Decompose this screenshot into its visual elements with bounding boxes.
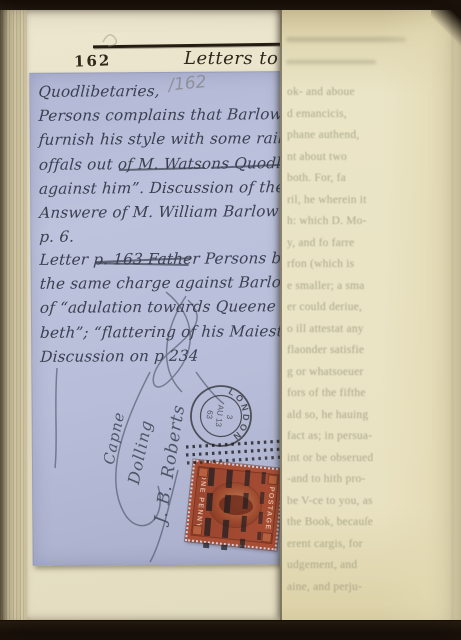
handwritten-line: the same charge against Barlow [39,270,285,296]
ghost-text-line: o ill attestat any [287,319,452,341]
ghost-text-line: y, and fo farre [287,233,452,255]
note-paragraph-1: Quodlibetaries,Persons complains that Ba… [38,78,283,249]
ghost-text-line: er could deriue, [287,297,452,319]
handwritten-line: Discussion on p 234 [40,343,286,369]
stamp-frame: POSTAGE ONE PENNY [191,466,280,544]
page-number: 162 [74,51,112,70]
ghost-text-line: ald so, he hauing [287,405,452,427]
handwritten-line: beth”; “flattering of his Maiesty.” [39,319,285,345]
handwritten-line: against him”. Discussion of the [38,175,284,201]
ghost-text-line: h: which D. Mo- [287,211,452,233]
ghost-text-line: int or be obserued [287,448,452,470]
ghost-text-line: udgement, and [287,555,452,577]
book-cover-edge-top [0,0,461,10]
handwritten-line: offals out of M. Watsons Quodlibets [38,151,284,177]
handwritten-line: Persons complains that Barlow “doth [38,102,284,128]
ghost-text-line: both. For, fa [287,168,452,190]
ghost-text-line: e smaller; a sma [287,276,452,298]
ghost-text-line: aine, and perju- [287,577,452,599]
show-through-smudge [286,37,406,42]
handwritten-line: furnish his style with some railing [38,127,284,153]
handwritten-line: Quodlibetaries, [38,78,284,104]
ghost-text-line: flaonder satisfie [287,340,452,362]
ghost-text-line: phane authend, [287,125,452,147]
ghost-text-line: be V-ce to you, as [287,491,452,513]
ghost-text-line: rfon (which is [287,254,452,276]
stamp-portrait-oval [206,479,265,530]
handwritten-line: Answere of M. William Barlow [38,199,284,225]
ghost-text-line: fact as; in persua- [287,426,452,448]
stamp-corner-square [267,474,278,485]
stamp-corner-square [198,467,209,478]
show-through-text: ok- and aboued emancicis,phane authend,n… [287,82,452,598]
penny-red-stamp: POSTAGE ONE PENNY [185,459,285,550]
queen-profile-silhouette [219,495,253,515]
background-shadow [431,0,461,46]
ghost-text-line: ok- and aboue [287,82,452,104]
ghost-text-line: nt about two [287,147,452,169]
ghost-text-line: erent cargis, for [287,534,452,556]
stamp-corner-square [261,532,272,543]
ghost-text-line: g or whatsoeuer [287,362,452,384]
ghost-text-line: d emancicis, [287,104,452,126]
book-page-edges [0,8,29,624]
handwritten-line: p. 6. [39,223,285,249]
show-through-smudge [286,60,376,64]
stamp-corner-square [192,525,203,536]
ghost-text-line: fors of the fifthe [287,383,452,405]
book-cover-edge-bottom [0,620,461,640]
ghost-text-line: ril, he wherein it [287,190,452,212]
ghost-text-line: -and to hith pro- [287,469,452,491]
pencil-mark [97,26,127,50]
ghost-text-line: the Book, becauſe [287,512,452,534]
facing-page-edge: ok- and aboued emancicis,phane authend,n… [280,4,461,621]
handwritten-line: of “adulation towards Queene Eliza [39,295,285,321]
photograph-of-book-page: { "book_page": { "page_number": "162", "… [0,0,461,640]
